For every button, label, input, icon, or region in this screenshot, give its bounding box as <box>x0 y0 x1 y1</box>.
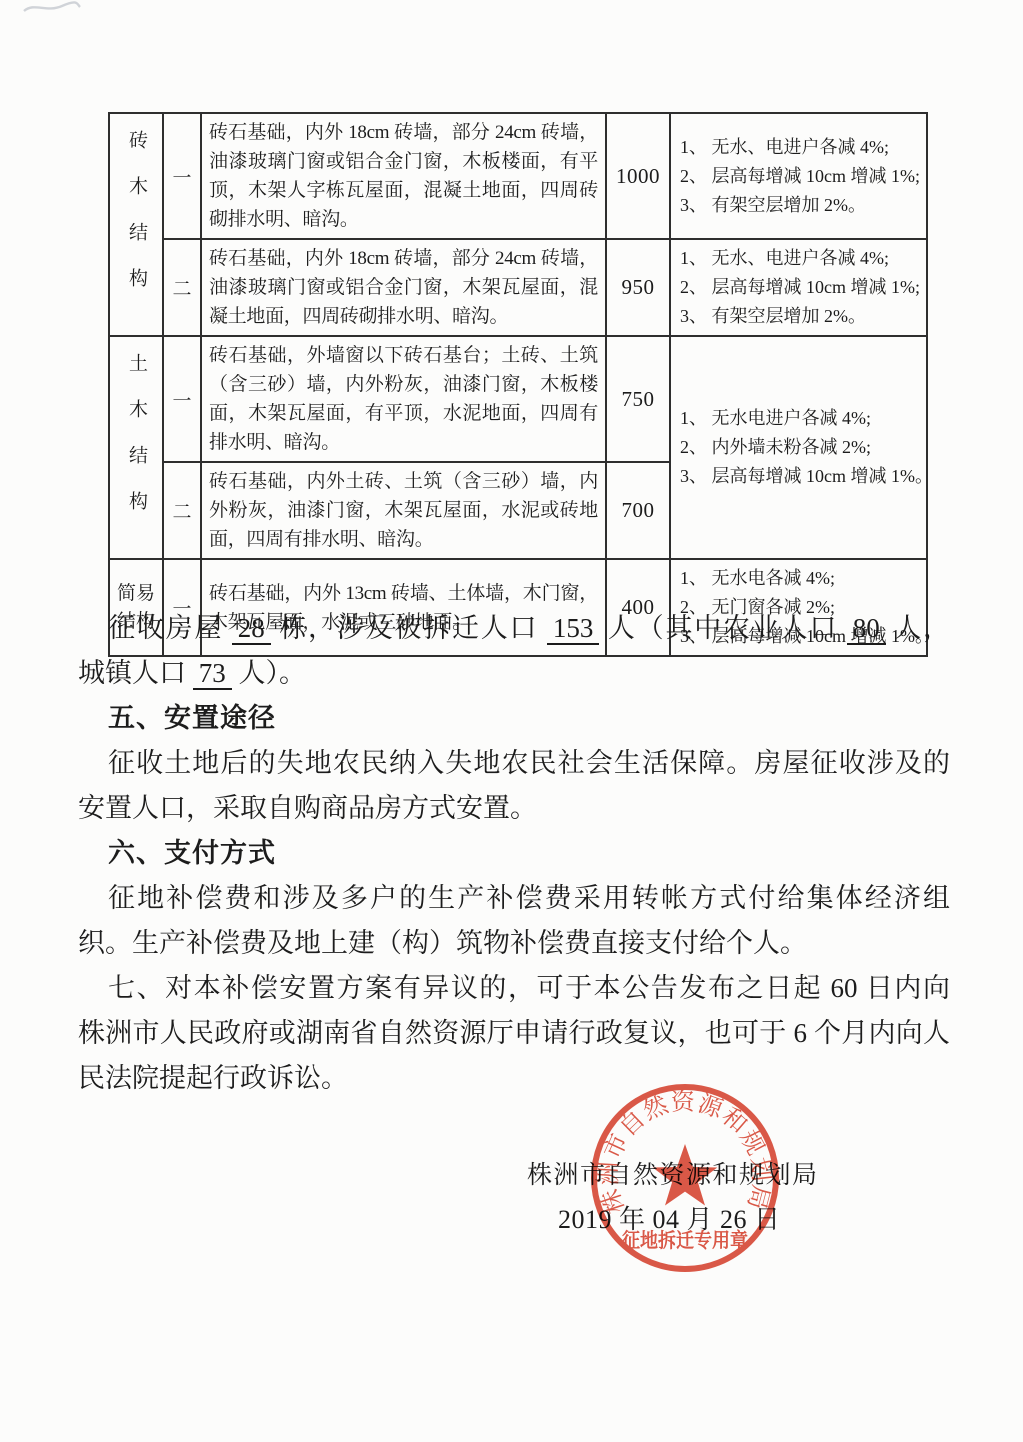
issuing-date: 2019 年 04 月 26 日 <box>558 1199 781 1236</box>
note-line: 1、 无水电各减 4%; <box>680 564 926 593</box>
price-cell: 1000 <box>606 113 670 239</box>
table-row: 砖木结构 一 砖石基础，内外 18cm 砖墙，部分 24cm 砖墙，油漆玻璃门窗… <box>109 113 927 239</box>
grade-cell: 一 <box>163 113 201 239</box>
structure-group-earth-wood: 土木结构 <box>109 336 163 559</box>
paragraph-payment-line2: 织。生产补偿费及地上建（构）筑物补偿费直接支付给个人。 <box>78 921 950 966</box>
text-segment: 人（其中农业人口 <box>599 613 846 643</box>
issuing-agency-name: 株洲市自然资源和规划局 <box>527 1155 819 1191</box>
body-text: 征收房屋 28 栋，涉及被拆迁人口 153 人（其中农业人口 80 人， 城镇人… <box>78 606 950 1101</box>
note-line: 3、 有架空层增加 2%。 <box>680 302 926 331</box>
document-page: 砖木结构 一 砖石基础，内外 18cm 砖墙，部分 24cm 砖墙，油漆玻璃门窗… <box>0 0 1023 1442</box>
price-cell: 950 <box>606 239 670 336</box>
table-row: 土木结构 一 砖石基础，外墙窗以下砖石基台；土砖、土筑（含三砂）墙，内外粉灰，油… <box>109 336 927 462</box>
text-segment: 人， <box>886 613 950 643</box>
paragraph-housing-stats-line1: 征收房屋 28 栋，涉及被拆迁人口 153 人（其中农业人口 80 人， <box>78 606 950 651</box>
note-line: 3、 有架空层增加 2%。 <box>680 191 926 220</box>
paragraph-housing-stats-line2: 城镇人口 73 人）。 <box>78 651 950 696</box>
description-cell: 砖石基础，内外 18cm 砖墙，部分 24cm 砖墙，油漆玻璃门窗或铝合金门窗，… <box>201 113 606 239</box>
paragraph-objection-line3: 民法院提起行政诉讼。 <box>78 1056 950 1101</box>
paragraph-payment-line1: 征地补偿费和涉及多户的生产补偿费采用转帐方式付给集体经济组 <box>78 876 950 921</box>
price-cell: 750 <box>606 336 670 462</box>
text-segment: 栋，涉及被拆迁人口 <box>271 613 547 643</box>
text-segment: 人）。 <box>232 658 306 688</box>
description-cell: 砖石基础，内外土砖、土筑（含三砂）墙，内外粉灰，油漆门窗，木架瓦屋面，水泥或砖地… <box>201 462 606 559</box>
structure-group-brick-wood: 砖木结构 <box>109 113 163 336</box>
heading-section6: 六、支付方式 <box>78 831 950 876</box>
paragraph-resettlement-line2: 安置人口，采取自购商品房方式安置。 <box>78 786 950 831</box>
underlined-total-people: 153 <box>547 613 600 645</box>
structure-group-label: 土木结构 <box>116 353 156 537</box>
notes-cell: 1、 无水、电进户各减 4%; 2、 层高每增减 10cm 增减 1%; 3、 … <box>670 239 927 336</box>
grade-cell: 一 <box>163 336 201 462</box>
text-segment: 征收房屋 <box>108 613 232 643</box>
underlined-urban-people: 73 <box>193 658 232 690</box>
underlined-agricultural-people: 80 <box>847 613 886 645</box>
price-cell: 700 <box>606 462 670 559</box>
grade-cell: 二 <box>163 462 201 559</box>
grade-cell: 二 <box>163 239 201 336</box>
paragraph-resettlement-line1: 征收土地后的失地农民纳入失地农民社会生活保障。房屋征收涉及的 <box>78 741 950 786</box>
note-line: 2、 层高每增减 10cm 增减 1%; <box>680 162 926 191</box>
paragraph-objection-line1: 七、对本补偿安置方案有异议的，可于本公告发布之日起 60 日内向 <box>78 966 950 1011</box>
notes-cell-merged: 1、 无水电进户各减 4%; 2、 内外墙未粉各减 2%; 3、 层高每增减 1… <box>670 336 927 559</box>
paragraph-objection-line2: 株洲市人民政府或湖南省自然资源厅申请行政复议，也可于 6 个月内向人 <box>78 1011 950 1056</box>
note-line: 1、 无水、电进户各减 4%; <box>680 133 926 162</box>
underlined-buildings-count: 28 <box>232 613 271 645</box>
note-line: 1、 无水电进户各减 4%; <box>680 404 926 433</box>
note-line: 1、 无水、电进户各减 4%; <box>680 244 926 273</box>
description-cell: 砖石基础，内外 18cm 砖墙，部分 24cm 砖墙，油漆玻璃门窗或铝合金门窗，… <box>201 239 606 336</box>
note-line: 2、 内外墙未粉各减 2%; <box>680 433 926 462</box>
description-cell: 砖石基础，外墙窗以下砖石基台；土砖、土筑（含三砂）墙，内外粉灰，油漆门窗，木板楼… <box>201 336 606 462</box>
text-segment: 城镇人口 <box>78 658 193 688</box>
scan-artifact <box>22 0 82 16</box>
compensation-standards-table: 砖木结构 一 砖石基础，内外 18cm 砖墙，部分 24cm 砖墙，油漆玻璃门窗… <box>108 112 928 657</box>
notes-cell: 1、 无水、电进户各减 4%; 2、 层高每增减 10cm 增减 1%; 3、 … <box>670 113 927 239</box>
note-line: 3、 层高每增减 10cm 增减 1%。 <box>680 462 926 491</box>
heading-section5: 五、安置途径 <box>78 696 950 741</box>
structure-group-label: 砖木结构 <box>116 130 156 314</box>
seal-arc-text: 株洲市自然资源和规划局 <box>595 1089 774 1217</box>
note-line: 2、 层高每增减 10cm 增减 1%; <box>680 273 926 302</box>
seal-arc-textpath: 株洲市自然资源和规划局 <box>595 1089 774 1217</box>
table-row: 二 砖石基础，内外 18cm 砖墙，部分 24cm 砖墙，油漆玻璃门窗或铝合金门… <box>109 239 927 336</box>
